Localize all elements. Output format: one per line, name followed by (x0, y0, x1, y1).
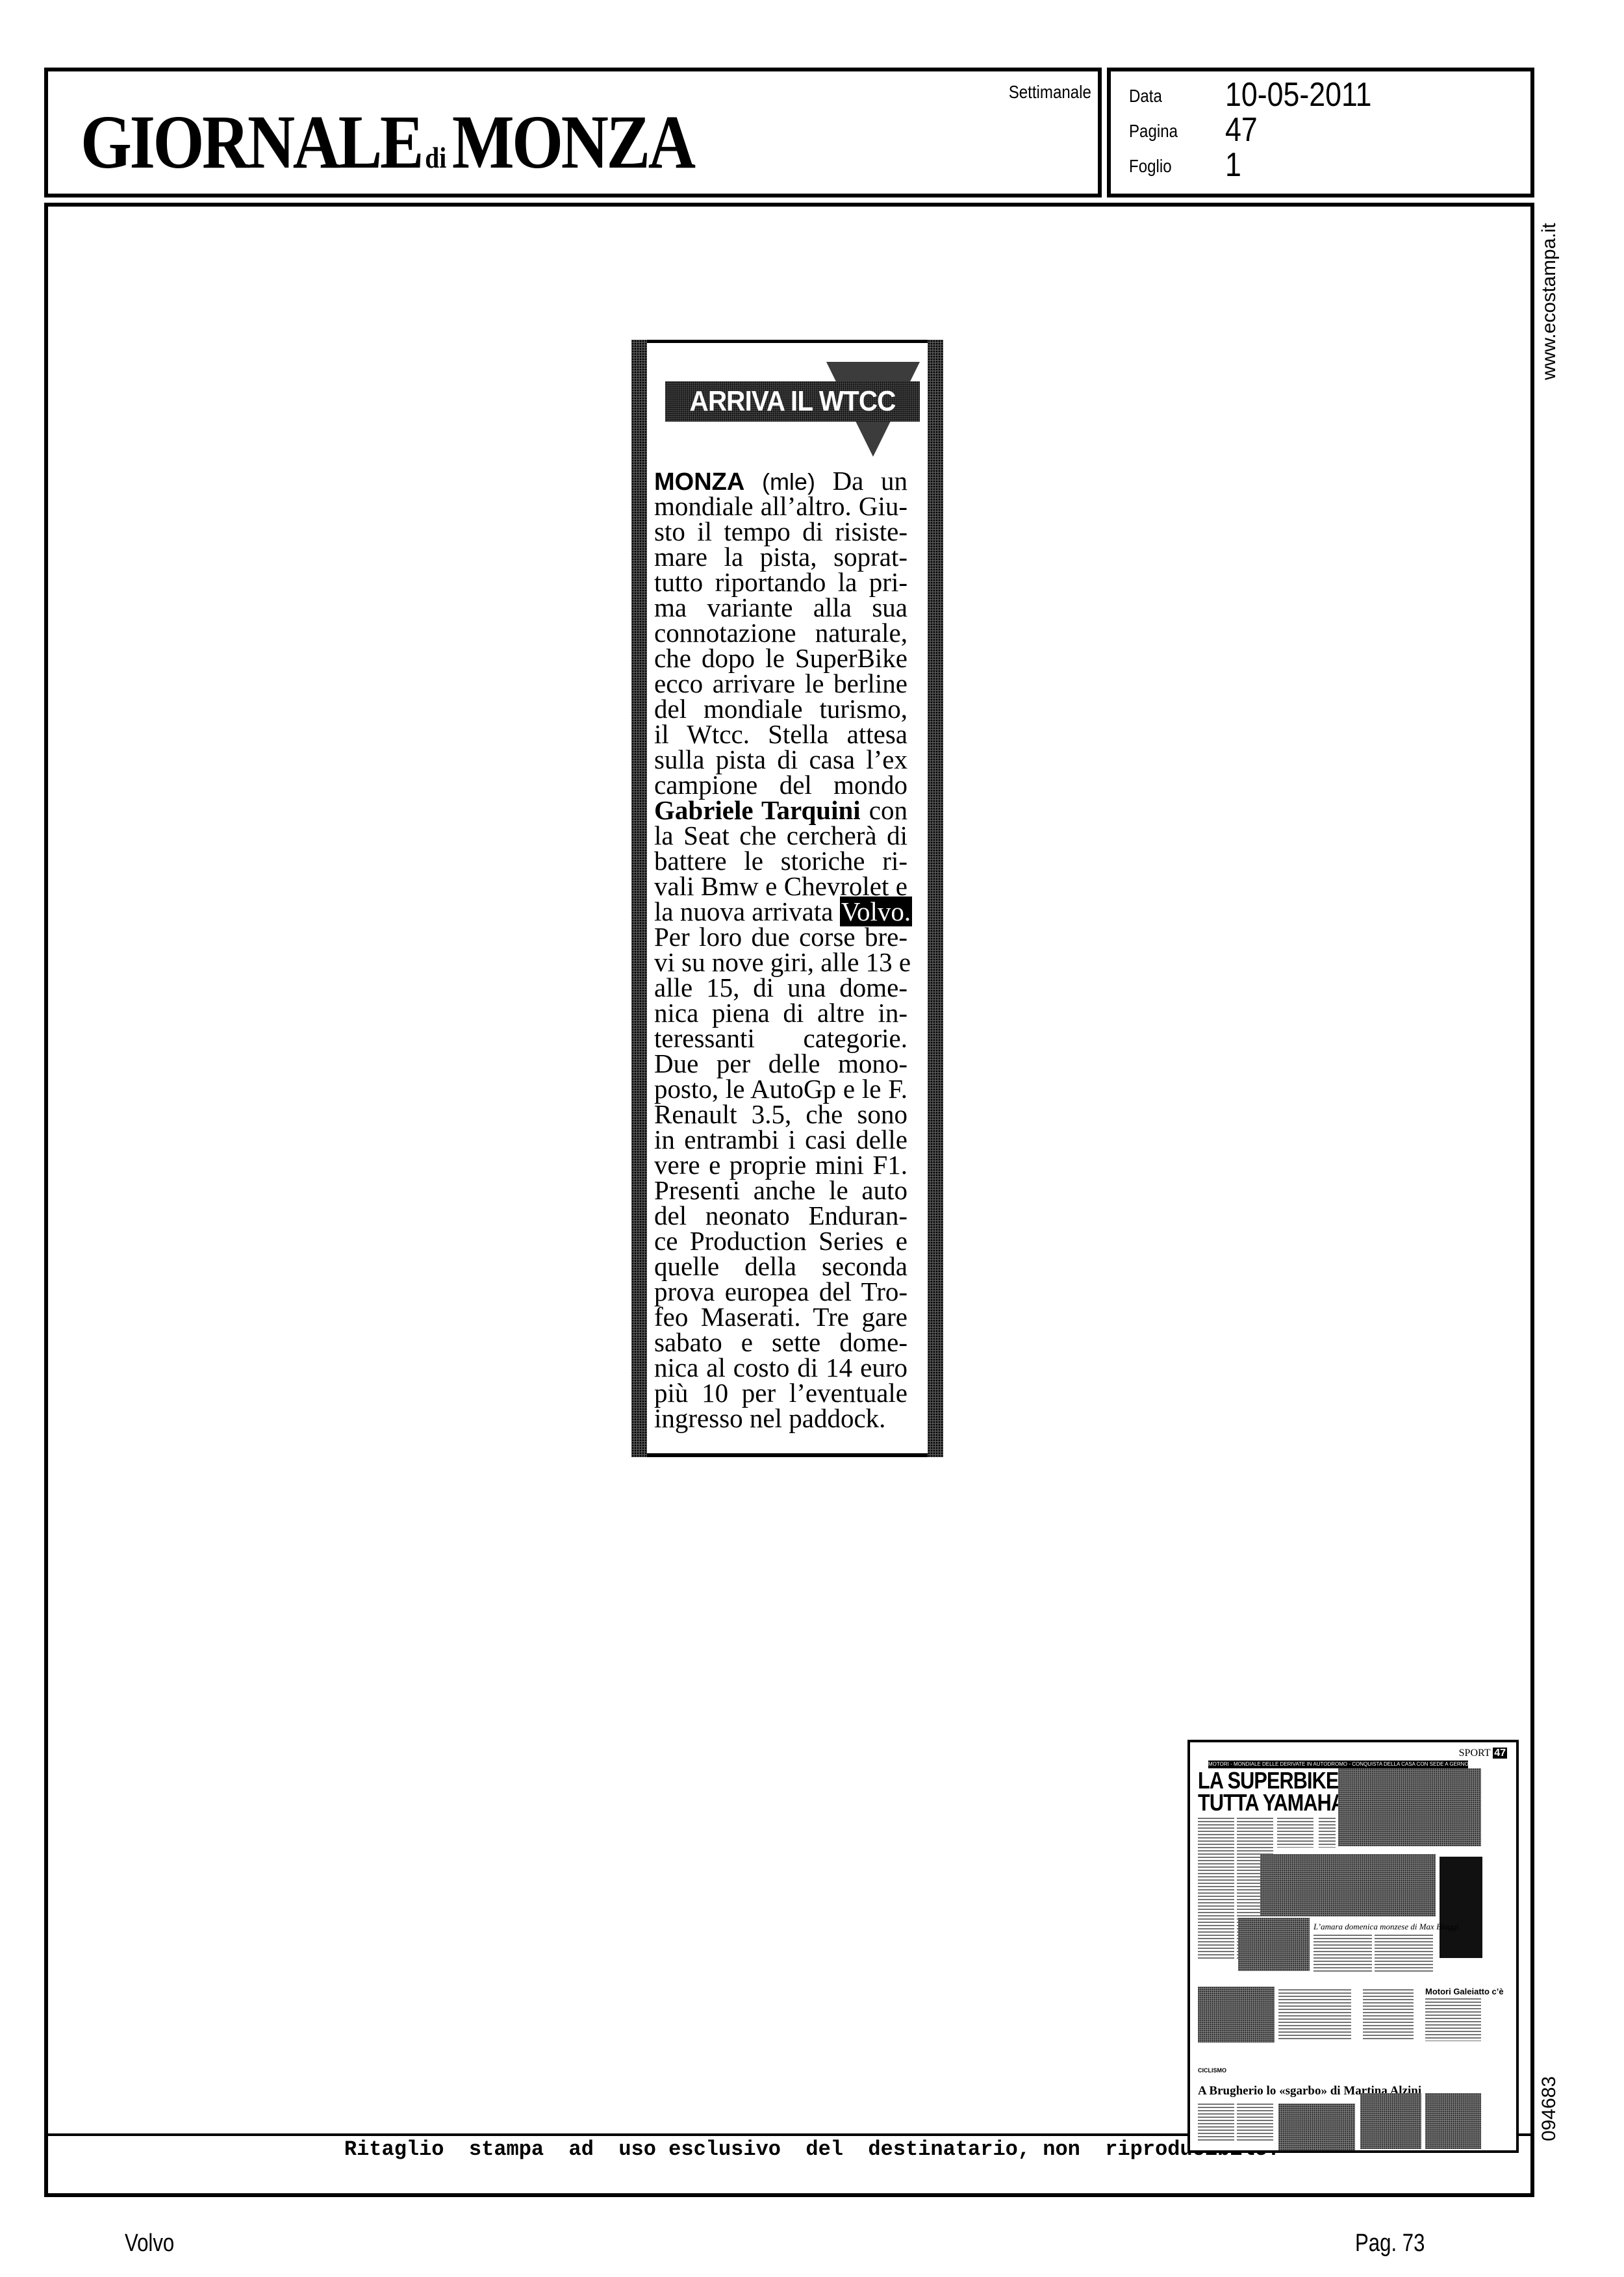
article-line: feo Maserati. Tre gare (654, 1304, 907, 1330)
article-line: ecco arrivare le berline (654, 671, 907, 696)
page-number: Pag. 73 (1355, 2230, 1425, 2258)
article-line: alle 15, di una dome- (654, 975, 907, 1000)
client-name: Volvo (125, 2230, 174, 2258)
article-line: teressanti categorie. (654, 1026, 907, 1051)
page-label: Pagina (1129, 121, 1178, 142)
thumb-photo (1238, 1918, 1310, 1971)
article-line: mondiale all’altro. Giu- (654, 494, 907, 519)
newspaper-masthead: GIORNALEdiMONZA (81, 104, 694, 181)
date-label: Data (1129, 86, 1162, 107)
thumb-photo (1338, 1768, 1481, 1846)
article-line: sto il tempo di risiste- (654, 519, 907, 544)
document-code: 094683 (1538, 2076, 1560, 2141)
publication-meta-box: Data 10-05-2011 Pagina 47 Foglio 1 (1107, 68, 1534, 197)
thumb-text-column (1375, 1935, 1433, 1974)
thumb-photo (1260, 1854, 1436, 1916)
article-line: mare la pista, soprat- (654, 544, 907, 570)
article-line: prova europea del Tro- (654, 1279, 907, 1304)
article-line: ce Production Series e (654, 1228, 907, 1254)
thumb-photo (1425, 2093, 1481, 2149)
thumb-text-column (1313, 1935, 1372, 1974)
sheet-label: Foglio (1129, 156, 1172, 177)
article-line: Gabriele Tarquini con (654, 798, 907, 823)
article-line: ma variante alla sua (654, 595, 907, 620)
article-line: campione del mondo (654, 772, 907, 798)
sheet-value: 1 (1225, 148, 1241, 182)
thumb-subhead: L’amara domenica monzese di Max Biaggi (1313, 1922, 1459, 1932)
article-line: vi su nove giri, alle 13 e (654, 950, 907, 975)
article-line: Renault 3.5, che sono (654, 1102, 907, 1127)
clipping-border-bottom (647, 1453, 928, 1457)
article-line: vali Bmw e Chevrolet e (654, 874, 907, 899)
date-value: 10-05-2011 (1225, 78, 1371, 112)
page-thumbnail: SPORT 47 MOTORI - MONDIALE DELLE DERIVAT… (1187, 1740, 1519, 2153)
article-kicker: ARRIVA IL WTCC (676, 381, 910, 422)
article-line: connotazione naturale, (654, 620, 907, 646)
article-body: MONZA (mle) Da un mondiale all’altro. Gi… (654, 468, 907, 1431)
thumb-section: SPORT 47 (1459, 1748, 1507, 1759)
thumb-text-column (1319, 1818, 1336, 1848)
article-line: la nuova arrivata Volvo. (654, 899, 907, 924)
periodicity-label: Settimanale (1009, 82, 1091, 103)
thumb-text-column (1278, 1989, 1351, 2041)
site-url-text: www.ecostampa.it (1538, 223, 1560, 380)
thumb-photo (1278, 2104, 1355, 2153)
article-line: Due per delle mono- (654, 1051, 907, 1076)
article-clipping: ARRIVA IL WTCC MONZA (mle) Da un mondial… (631, 340, 943, 1457)
thumb-sidebar-box (1440, 1857, 1482, 1958)
article-line: più 10 per l’eventuale (654, 1380, 907, 1406)
article-line: del neonato Enduran- (654, 1203, 907, 1228)
page-value: 47 (1225, 113, 1258, 147)
clipping-border-left (631, 340, 647, 1457)
clipping-border-right (928, 340, 943, 1457)
masthead-connector: di (425, 141, 446, 174)
article-line: la Seat che cercherà di (654, 823, 907, 848)
article-line: che dopo le SuperBike (654, 646, 907, 671)
thumb-text-column (1198, 2104, 1234, 2143)
thumb-text-column (1198, 1818, 1234, 1961)
thumb-section-label: CICLISMO (1198, 2067, 1226, 2074)
thumb-photo (1198, 1987, 1275, 2042)
article-line: Per loro due corse bre- (654, 924, 907, 950)
masthead-part1: GIORNALE (81, 99, 422, 184)
article-line: nica al costo di 14 euro (654, 1355, 907, 1380)
article-line: Presenti anche le auto (654, 1178, 907, 1203)
article-line: in entrambi i casi delle (654, 1127, 907, 1152)
article-line: del mondiale turismo, (654, 696, 907, 722)
thumb-text-column (1425, 1998, 1481, 2041)
article-line: il Wtcc. Stella attesa (654, 722, 907, 747)
article-line: battere le storiche ri- (654, 848, 907, 874)
thumb-photo (1360, 2093, 1421, 2149)
article-line: sulla pista di casa l’ex (654, 747, 907, 772)
masthead-part2: MONZA (452, 99, 694, 184)
thumb-text-column (1363, 1989, 1414, 2041)
article-line: vere e proprie mini F1. (654, 1152, 907, 1178)
article-line: nica piena di altre in- (654, 1000, 907, 1026)
thumb-text-column (1237, 2104, 1273, 2143)
thumb-box-headline: Motori Galeiatto c’è (1425, 1987, 1504, 1996)
article-line: quelle della seconda (654, 1254, 907, 1279)
article-line: posto, le AutoGp e le F. (654, 1076, 907, 1102)
article-line: sabato e sette dome- (654, 1330, 907, 1355)
clipping-border-top (647, 340, 928, 343)
article-line: ingresso nel paddock. (654, 1406, 907, 1431)
thumb-headline: LA SUPERBIKE È TUTTA YAMAHA (1198, 1770, 1356, 1814)
article-line: tutto riportando la pri- (654, 570, 907, 595)
article-line: MONZA (mle) Da un (654, 468, 907, 494)
thumb-text-column (1277, 1818, 1313, 1848)
